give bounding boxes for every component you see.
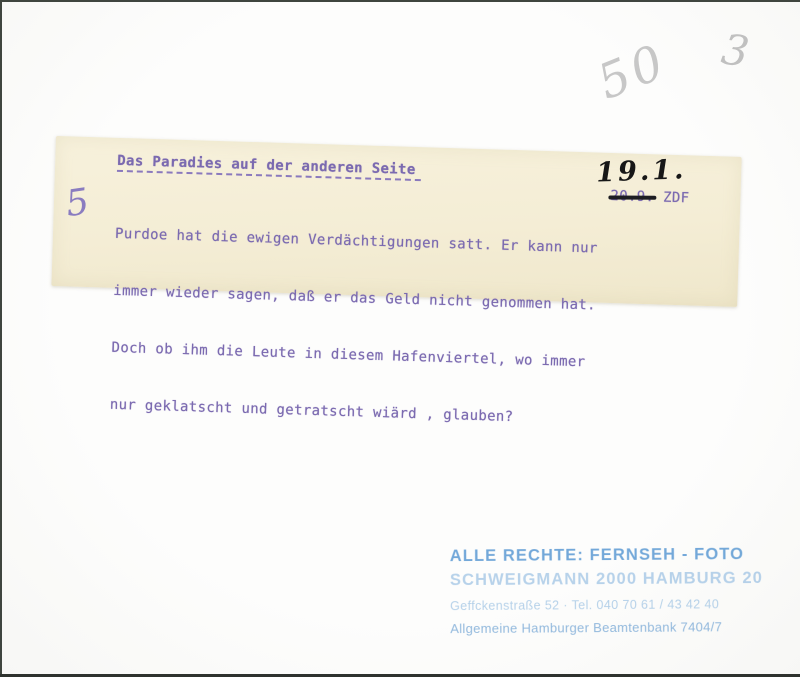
pencil-mark-3: 3 — [718, 24, 752, 77]
caption-line: Doch ob ihm die Leute in diesem Hafenvie… — [111, 339, 594, 373]
typed-date-line: 20.9. ZDF — [610, 188, 689, 206]
handwritten-date: 19.1. — [596, 154, 687, 189]
margin-note-5: 5 — [63, 181, 92, 225]
stamp-line-bank: Allgemeine Hamburger Beamtenbank 7404/7 — [450, 619, 780, 636]
caption-line: Purdoe hat die ewigen Verdächtigungen sa… — [115, 225, 598, 259]
broadcaster-label: ZDF — [663, 190, 690, 207]
caption-title: Das Paradies auf der anderen Seite — [117, 153, 422, 181]
stamp-line-address: Geffckenstraße 52 · Tel. 040 70 61 / 43 … — [450, 597, 780, 613]
caption-line: immer wieder sagen, daß er das Geld nich… — [113, 282, 596, 316]
photo-edge-left — [0, 0, 2, 677]
photo-back: 50 3 5 Das Paradies auf der anderen Seit… — [0, 0, 800, 677]
stamp-line-agency: SCHWEIGMANN 2000 HAMBURG 20 — [450, 569, 780, 590]
caption-line: nur geklatscht und getratscht wiärd , gl… — [110, 396, 593, 430]
photo-edge-top — [0, 0, 800, 2]
caption-label: 5 Das Paradies auf der anderen Seite Pur… — [51, 136, 741, 307]
agency-rights-stamp: ALLE RECHTE: FERNSEH - FOTO SCHWEIGMANN … — [450, 545, 781, 636]
struck-date: 20.9. — [610, 188, 654, 205]
caption-body: Purdoe hat die ewigen Verdächtigungen sa… — [108, 187, 599, 468]
stamp-line-rights: ALLE RECHTE: FERNSEH - FOTO — [450, 545, 780, 566]
pencil-mark-50: 50 — [590, 33, 675, 111]
